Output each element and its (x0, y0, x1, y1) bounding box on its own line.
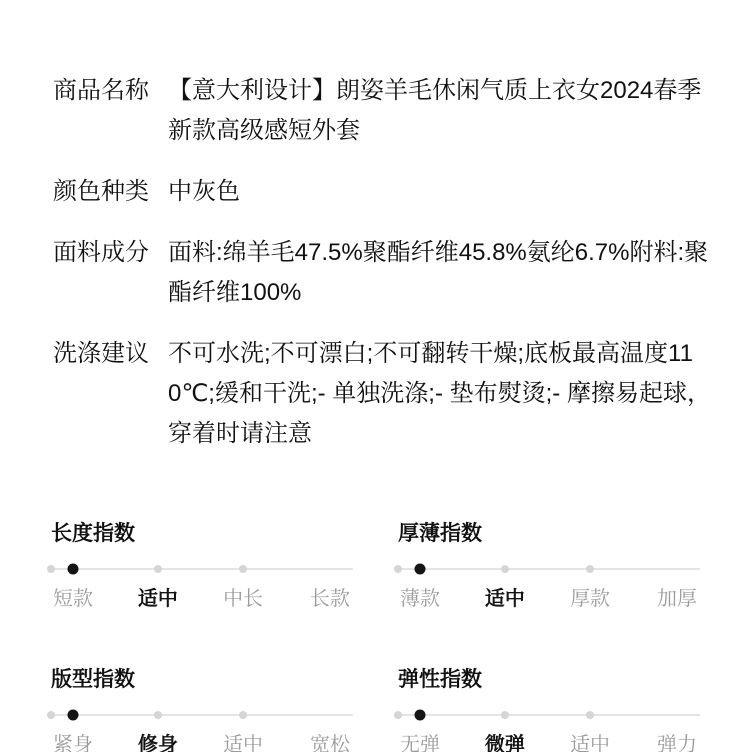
slider-track (398, 714, 700, 716)
attr-row-color-type: 颜色种类 中灰色 (53, 172, 713, 212)
elasticity-index-slider (398, 709, 700, 721)
slider-dot (394, 711, 402, 719)
index-option: 薄款 (400, 584, 440, 614)
fit-index-slider (51, 709, 353, 721)
index-option: 适中 (138, 584, 178, 614)
slider-dot (394, 565, 402, 573)
length-index-slider (51, 563, 353, 575)
attr-label: 面料成分 (53, 233, 168, 273)
index-option: 弹力 (657, 730, 697, 752)
slider-dot (154, 565, 162, 573)
index-option: 短款 (53, 584, 93, 614)
index-block-fit: 版型指数 紧身 修身 适中 宽松 (51, 665, 353, 752)
slider-dot (586, 565, 594, 573)
washing-advice-value: 不可水洗;不可漂白;不可翻转干燥;底板最高温度110℃;缓和干洗;- 单独洗涤;… (168, 334, 713, 454)
index-title-length: 长度指数 (51, 519, 353, 549)
slider-dot (415, 564, 426, 575)
index-block-length: 长度指数 短款 适中 中长 长款 (51, 519, 353, 614)
index-options: 紧身 修身 适中 宽松 (51, 730, 353, 752)
slider-dot (47, 565, 55, 573)
slider-dot (239, 711, 247, 719)
product-name-value: 【意大利设计】朗姿羊毛休闲气质上衣女2024春季新款高级感短外套 (168, 71, 713, 151)
attr-label: 商品名称 (53, 71, 168, 111)
slider-track (398, 568, 700, 570)
index-option: 中长 (223, 584, 263, 614)
slider-dot (154, 711, 162, 719)
index-option: 适中 (485, 584, 525, 614)
slider-track (51, 568, 353, 570)
index-title-elasticity: 弹性指数 (398, 665, 700, 695)
slider-dot (68, 564, 79, 575)
index-option: 微弹 (485, 730, 525, 752)
slider-dot (47, 711, 55, 719)
index-block-elasticity: 弹性指数 无弹 微弹 适中 弹力 (398, 665, 700, 752)
product-index-grid: 长度指数 短款 适中 中长 长款 厚薄指数 薄款 适中 厚款 加厚 (0, 519, 750, 752)
index-option: 宽松 (310, 730, 350, 752)
index-option: 厚款 (570, 584, 610, 614)
index-title-thickness: 厚薄指数 (398, 519, 700, 549)
slider-dot (68, 710, 79, 721)
slider-dot (501, 711, 509, 719)
index-options: 短款 适中 中长 长款 (51, 584, 353, 614)
fabric-composition-value: 面料:绵羊毛47.5%聚酯纤维45.8%氨纶6.7%附料:聚酯纤维100% (168, 233, 713, 313)
index-options: 薄款 适中 厚款 加厚 (398, 584, 700, 614)
slider-dot (586, 711, 594, 719)
index-option: 适中 (223, 730, 263, 752)
index-option: 无弹 (400, 730, 440, 752)
index-option: 适中 (570, 730, 610, 752)
attr-row-product-name: 商品名称 【意大利设计】朗姿羊毛休闲气质上衣女2024春季新款高级感短外套 (53, 71, 713, 151)
index-title-fit: 版型指数 (51, 665, 353, 695)
index-block-thickness: 厚薄指数 薄款 适中 厚款 加厚 (398, 519, 700, 614)
slider-track (51, 714, 353, 716)
index-options: 无弹 微弹 适中 弹力 (398, 730, 700, 752)
attr-label: 洗涤建议 (53, 334, 168, 374)
slider-dot (239, 565, 247, 573)
attr-row-washing-advice: 洗涤建议 不可水洗;不可漂白;不可翻转干燥;底板最高温度110℃;缓和干洗;- … (53, 334, 713, 454)
color-type-value: 中灰色 (168, 172, 713, 212)
index-option: 长款 (310, 584, 350, 614)
product-attributes-table: 商品名称 【意大利设计】朗姿羊毛休闲气质上衣女2024春季新款高级感短外套 颜色… (0, 0, 750, 454)
index-option: 修身 (138, 730, 178, 752)
attr-row-fabric-composition: 面料成分 面料:绵羊毛47.5%聚酯纤维45.8%氨纶6.7%附料:聚酯纤维10… (53, 233, 713, 313)
index-option: 加厚 (657, 584, 697, 614)
index-option: 紧身 (53, 730, 93, 752)
slider-dot (501, 565, 509, 573)
attr-label: 颜色种类 (53, 172, 168, 212)
thickness-index-slider (398, 563, 700, 575)
slider-dot (415, 710, 426, 721)
